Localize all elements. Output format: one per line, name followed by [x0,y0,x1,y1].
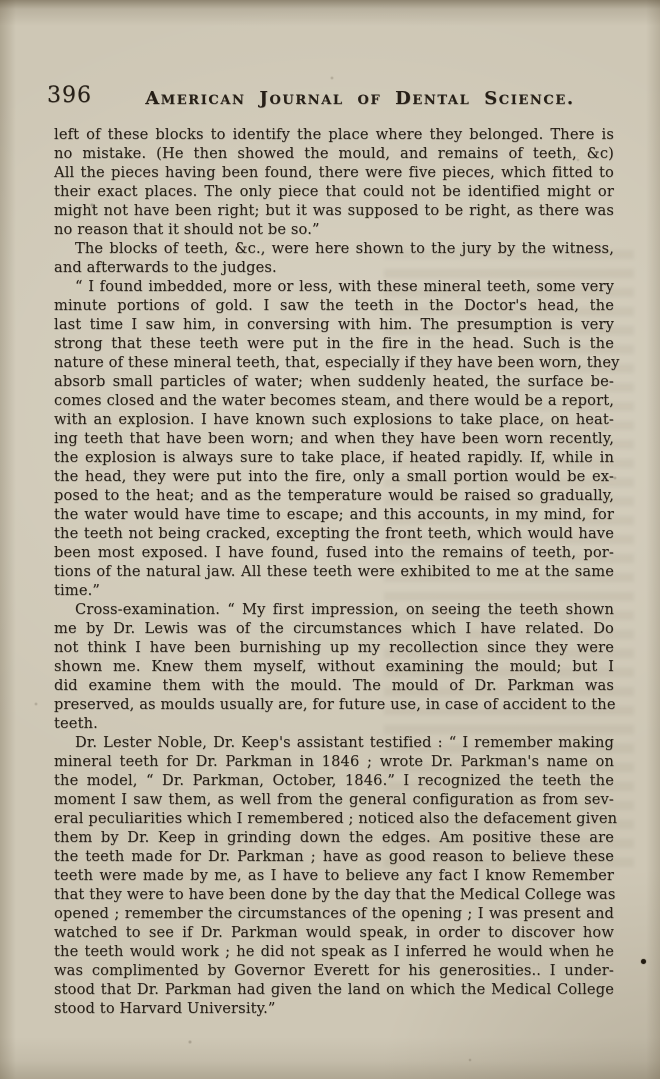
text-line: me by Dr. Lewis was of the circumstances… [54,619,614,638]
text-line: been most exposed. I have found, fused i… [54,543,614,562]
text-line: Dr. Lester Noble, Dr. Keep's assistant t… [54,733,614,752]
text-line: strong that these teeth were put in the … [54,334,614,353]
paragraph: The blocks of teeth, &c., were here show… [54,239,614,277]
text-line: absorb small particles of water; when su… [54,372,614,391]
text-line: did examine them with the mould. The mou… [54,676,614,695]
text-line: them by Dr. Keep in grinding down the ed… [54,828,614,847]
text-line: the head, they were put into the fire, o… [54,467,614,486]
text-line: eral peculiarities which I remembered ; … [54,809,614,828]
text-line: left of these blocks to identify the pla… [54,125,614,144]
text-line: with an explosion. I have known such exp… [54,410,614,429]
text-line: their exact places. The only piece that … [54,182,614,201]
text-line: time.” [54,581,614,600]
ink-dot-artifact [641,959,646,964]
text-line: and afterwards to the judges. [54,258,614,277]
text-line: nature of these mineral teeth, that, esp… [54,353,614,372]
journal-header-title: American Journal of Dental Science. [60,88,660,110]
text-line: might not have been right; but it was su… [54,201,614,220]
text-line: comes closed and the water becomes steam… [54,391,614,410]
text-line: Cross-examination. “ My first impression… [54,600,614,619]
text-line: the teeth made for Dr. Parkman ; have as… [54,847,614,866]
text-line: the teeth would work ; he did not speak … [54,942,614,961]
text-line: “ I found imbedded, more or less, with t… [54,277,614,296]
text-line: stood that Dr. Parkman had given the lan… [54,980,614,999]
text-line: ing teeth that have been worn; and when … [54,429,614,448]
paragraph: Dr. Lester Noble, Dr. Keep's assistant t… [54,733,614,1018]
text-line: All the pieces having been found, there … [54,163,614,182]
body-text: left of these blocks to identify the pla… [54,125,614,1018]
text-line: that they were to have been done by the … [54,885,614,904]
text-line: opened ; remember the circumstances of t… [54,904,614,923]
text-line: preserved, as moulds usually are, for fu… [54,695,614,714]
text-line: teeth. [54,714,614,733]
text-line: no reason that it should not be so.” [54,220,614,239]
text-line: the teeth not being cracked, excepting t… [54,524,614,543]
text-line: the water would have time to escape; and… [54,505,614,524]
text-line: mineral teeth for Dr. Parkman in 1846 ; … [54,752,614,771]
text-line: minute portions of gold. I saw the teeth… [54,296,614,315]
paragraph: “ I found imbedded, more or less, with t… [54,277,614,600]
text-line: the explosion is always sure to take pla… [54,448,614,467]
paragraph: left of these blocks to identify the pla… [54,125,614,239]
scanned-book-page: 396 American Journal of Dental Science. … [0,0,660,1079]
text-line: teeth were made by me, as I have to beli… [54,866,614,885]
text-line: tions of the natural jaw. All these teet… [54,562,614,581]
text-line: posed to the heat; and as the temperatur… [54,486,614,505]
text-line: the model, “ Dr. Parkman, October, 1846.… [54,771,614,790]
text-line: was complimented by Governor Everett for… [54,961,614,980]
text-line: watched to see if Dr. Parkman would spea… [54,923,614,942]
text-line: moment I saw them, as well from the gene… [54,790,614,809]
text-line: stood to Harvard University.” [54,999,614,1018]
text-line: no mistake. (He then showed the mould, a… [54,144,614,163]
text-line: The blocks of teeth, &c., were here show… [54,239,614,258]
text-line: not think I have been burnishing up my r… [54,638,614,657]
text-line: shown me. Knew them myself, without exam… [54,657,614,676]
text-line: last time I saw him, in conversing with … [54,315,614,334]
paragraph: Cross-examination. “ My first impression… [54,600,614,733]
